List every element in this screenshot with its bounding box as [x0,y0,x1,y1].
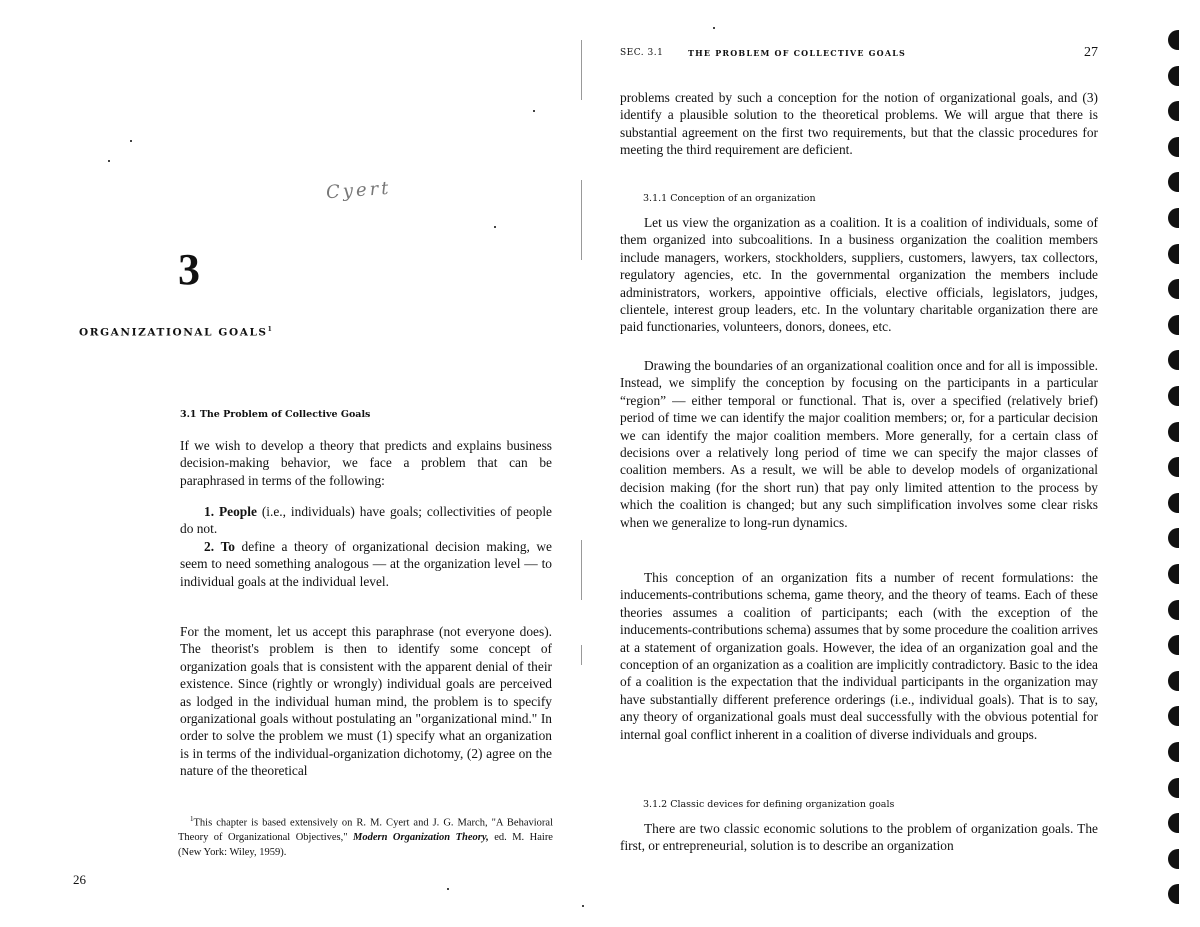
chapter-title: ORGANIZATIONAL GOALS1 [79,326,272,339]
gutter-mark [581,540,582,600]
left-page: Cyert 3 ORGANIZATIONAL GOALS1 3.1 The Pr… [0,0,580,927]
paragraph: Drawing the boundaries of an organizatio… [620,357,1098,531]
binding-hole-icon [1168,279,1179,299]
binding-hole-icon [1168,813,1179,833]
footnote-book-title: Modern Organization Theory, [353,832,489,843]
scan-speck [494,226,496,228]
list-number: 2. [204,539,214,554]
binding-hole-icon [1168,101,1179,121]
subsection-heading: 3.1.1 Conception of an organization [643,193,816,204]
gutter-mark [581,40,582,100]
scan-speck [713,27,715,29]
binding-hole-icon [1168,244,1179,264]
binding-hole-icon [1168,315,1179,335]
binding-hole-icon [1168,172,1179,192]
scan-speck [108,160,110,162]
section-heading: 3.1 The Problem of Collective Goals [180,409,370,420]
list-number: 1. [204,504,214,519]
numbered-list: 1. People (i.e., individuals) have goals… [180,503,552,590]
chapter-footnote-mark: 1 [268,326,272,333]
list-lead: People [219,504,257,519]
binding-hole-icon [1168,706,1179,726]
scan-speck [130,140,132,142]
list-item: 2. To define a theory of organizational … [180,538,552,590]
scan-speck [447,888,449,890]
binding-hole-icon [1168,66,1179,86]
binding-hole-icon [1168,350,1179,370]
running-head-title: THE PROBLEM OF COLLECTIVE GOALS [688,48,906,58]
intro-paragraph: If we wish to develop a theory that pred… [180,437,552,489]
binding-hole-icon [1168,528,1179,548]
running-head-section: SEC. 3.1 [620,48,663,58]
binding-hole-icon [1168,884,1179,904]
binding-hole-icon [1168,742,1179,762]
chapter-title-text: ORGANIZATIONAL GOALS [79,327,268,339]
footnote: 1This chapter is based extensively on R.… [178,812,553,860]
scan-speck [582,905,584,907]
paragraph: This conception of an organization fits … [620,569,1098,743]
binding-hole-icon [1168,778,1179,798]
continuation-paragraph: problems created by such a conception fo… [620,89,1098,159]
spiral-binding [1168,30,1188,920]
body-paragraph: For the moment, let us accept this parap… [180,623,552,780]
binding-hole-icon [1168,600,1179,620]
binding-hole-icon [1168,564,1179,584]
scan-speck [533,110,535,112]
binding-hole-icon [1168,386,1179,406]
gutter-mark [581,645,582,665]
binding-hole-icon [1168,671,1179,691]
binding-hole-icon [1168,137,1179,157]
page-number: 26 [73,872,86,888]
subsection-heading: 3.1.2 Classic devices for defining organ… [643,799,894,810]
binding-hole-icon [1168,849,1179,869]
binding-hole-icon [1168,30,1179,50]
binding-hole-icon [1168,457,1179,477]
paragraph: Let us view the organization as a coalit… [620,214,1098,336]
gutter-mark [581,180,582,260]
binding-hole-icon [1168,422,1179,442]
binding-hole-icon [1168,493,1179,513]
page-number: 27 [1084,45,1098,61]
handwritten-annotation: Cyert [325,178,392,204]
binding-hole-icon [1168,635,1179,655]
list-text: define a theory of organizational decisi… [180,539,552,589]
list-item: 1. People (i.e., individuals) have goals… [180,503,552,538]
paragraph: There are two classic economic solutions… [620,820,1098,855]
list-lead: To [221,539,235,554]
binding-hole-icon [1168,208,1179,228]
chapter-number: 3 [178,248,200,292]
